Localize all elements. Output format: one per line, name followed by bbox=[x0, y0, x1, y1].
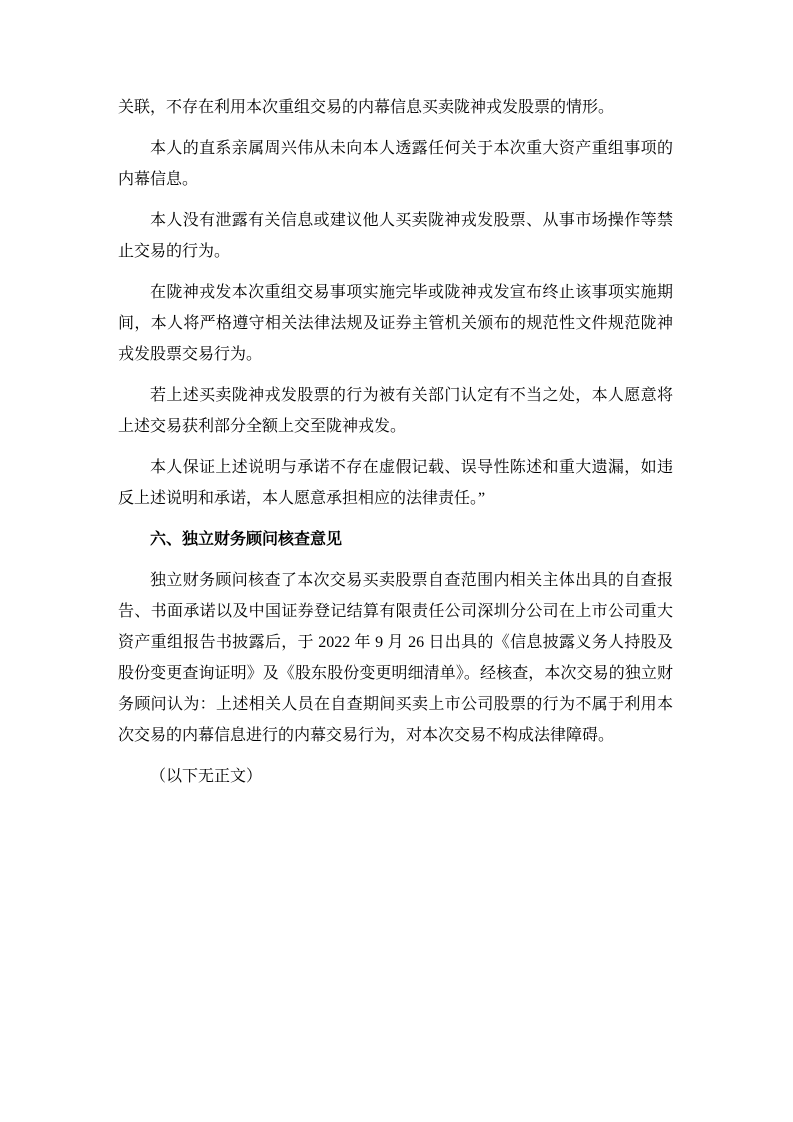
paragraph: 独立财务顾问核查了本次交易买卖股票自查范围内相关主体出具的自查报告、书面承诺以及… bbox=[118, 565, 673, 751]
paragraph: 本人没有泄露有关信息或建议他人买卖陇神戎发股票、从事市场操作等禁止交易的行为。 bbox=[118, 205, 673, 267]
document-page: 关联，不存在利用本次重组交易的内幕信息买卖陇神戎发股票的情形。 本人的直系亲属周… bbox=[0, 0, 793, 1122]
paragraph-continuation: 关联，不存在利用本次重组交易的内幕信息买卖陇神戎发股票的情形。 bbox=[118, 92, 673, 123]
paragraph: 本人的直系亲属周兴伟从未向本人透露任何关于本次重大资产重组事项的内幕信息。 bbox=[118, 133, 673, 195]
paragraph: 在陇神戎发本次重组交易事项实施完毕或陇神戎发宣布终止该事项实施期间，本人将严格遵… bbox=[118, 277, 673, 370]
closing-note: （以下无正文） bbox=[118, 761, 673, 792]
section-heading: 六、独立财务顾问核查意见 bbox=[118, 524, 673, 555]
paragraph: 本人保证上述说明与承诺不存在虚假记载、误导性陈述和重大遗漏，如违反上述说明和承诺… bbox=[118, 452, 673, 514]
paragraph: 若上述买卖陇神戎发股票的行为被有关部门认定有不当之处，本人愿意将上述交易获利部分… bbox=[118, 380, 673, 442]
